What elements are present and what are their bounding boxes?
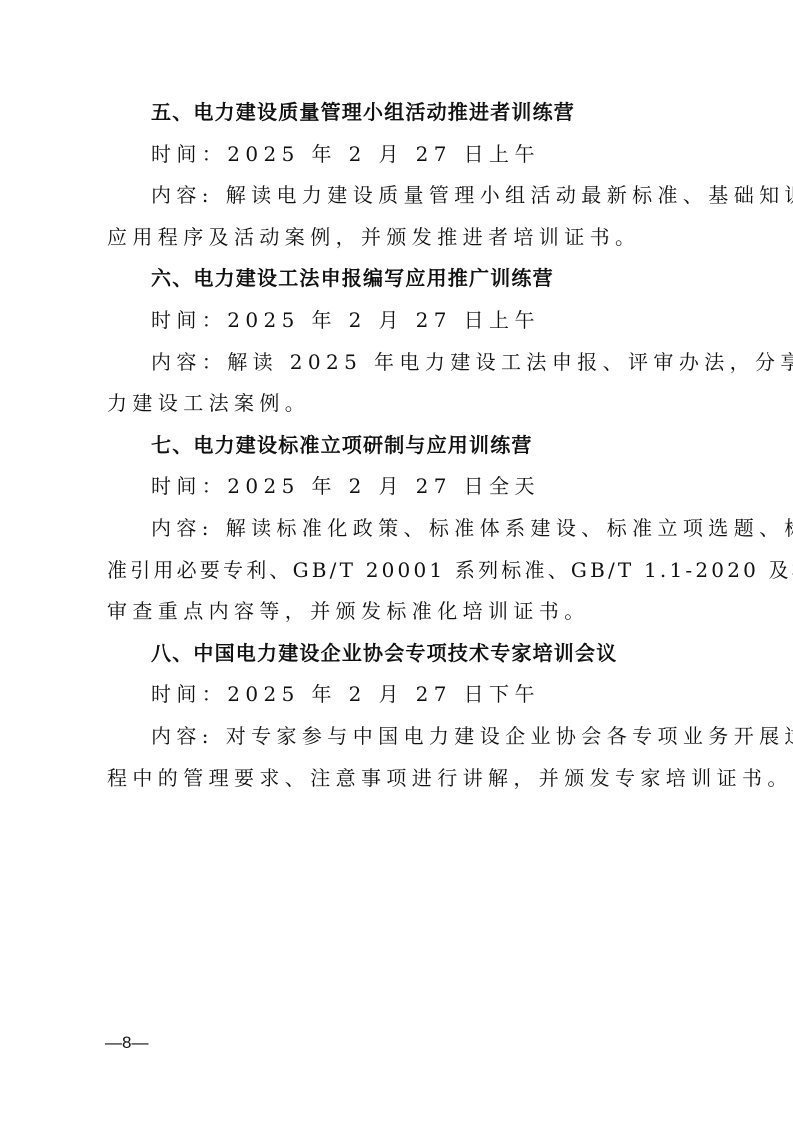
page-number: —8—	[105, 1033, 148, 1053]
section-6: 六、电力建设工法申报编写应用推广训练营 时间：2025 年 2 月 27 日上午…	[107, 258, 697, 424]
section-title: 五、电力建设质量管理小组活动推进者训练营	[107, 92, 697, 134]
section-title: 七、电力建设标准立项研制与应用训练营	[107, 425, 697, 467]
section-7: 七、电力建设标准立项研制与应用训练营 时间：2025 年 2 月 27 日全天 …	[107, 425, 697, 633]
section-title: 八、中国电力建设企业协会专项技术专家培训会议	[107, 633, 697, 675]
section-time: 时间：2025 年 2 月 27 日上午	[107, 300, 697, 342]
section-5: 五、电力建设质量管理小组活动推进者训练营 时间：2025 年 2 月 27 日上…	[107, 92, 697, 258]
section-content-line: 准引用必要专利、GB/T 20001 系列标准、GB/T 1.1-2020 及标…	[107, 550, 697, 592]
section-content-line: 内容: 对专家参与中国电力建设企业协会各专项业务开展过	[107, 716, 697, 758]
section-time: 时间：2025 年 2 月 27 日下午	[107, 674, 697, 716]
section-time: 时间：2025 年 2 月 27 日上午	[107, 134, 697, 176]
section-content-line: 力建设工法案例。	[107, 383, 697, 425]
document-page: 五、电力建设质量管理小组活动推进者训练营 时间：2025 年 2 月 27 日上…	[107, 92, 697, 799]
section-content-line: 内容: 解读电力建设质量管理小组活动最新标准、基础知识、	[107, 175, 697, 217]
section-content-line: 审查重点内容等，并颁发标准化培训证书。	[107, 591, 697, 633]
section-title: 六、电力建设工法申报编写应用推广训练营	[107, 258, 697, 300]
section-time: 时间：2025 年 2 月 27 日全天	[107, 466, 697, 508]
section-8: 八、中国电力建设企业协会专项技术专家培训会议 时间：2025 年 2 月 27 …	[107, 633, 697, 799]
section-content-line: 内容：解读 2025 年电力建设工法申报、评审办法，分享电	[107, 342, 697, 384]
section-content-line: 程中的管理要求、注意事项进行讲解，并颁发专家培训证书。	[107, 758, 697, 800]
section-content-line: 应用程序及活动案例，并颁发推进者培训证书。	[107, 217, 697, 259]
section-content-line: 内容: 解读标准化政策、标准体系建设、标准立项选题、标	[107, 508, 697, 550]
